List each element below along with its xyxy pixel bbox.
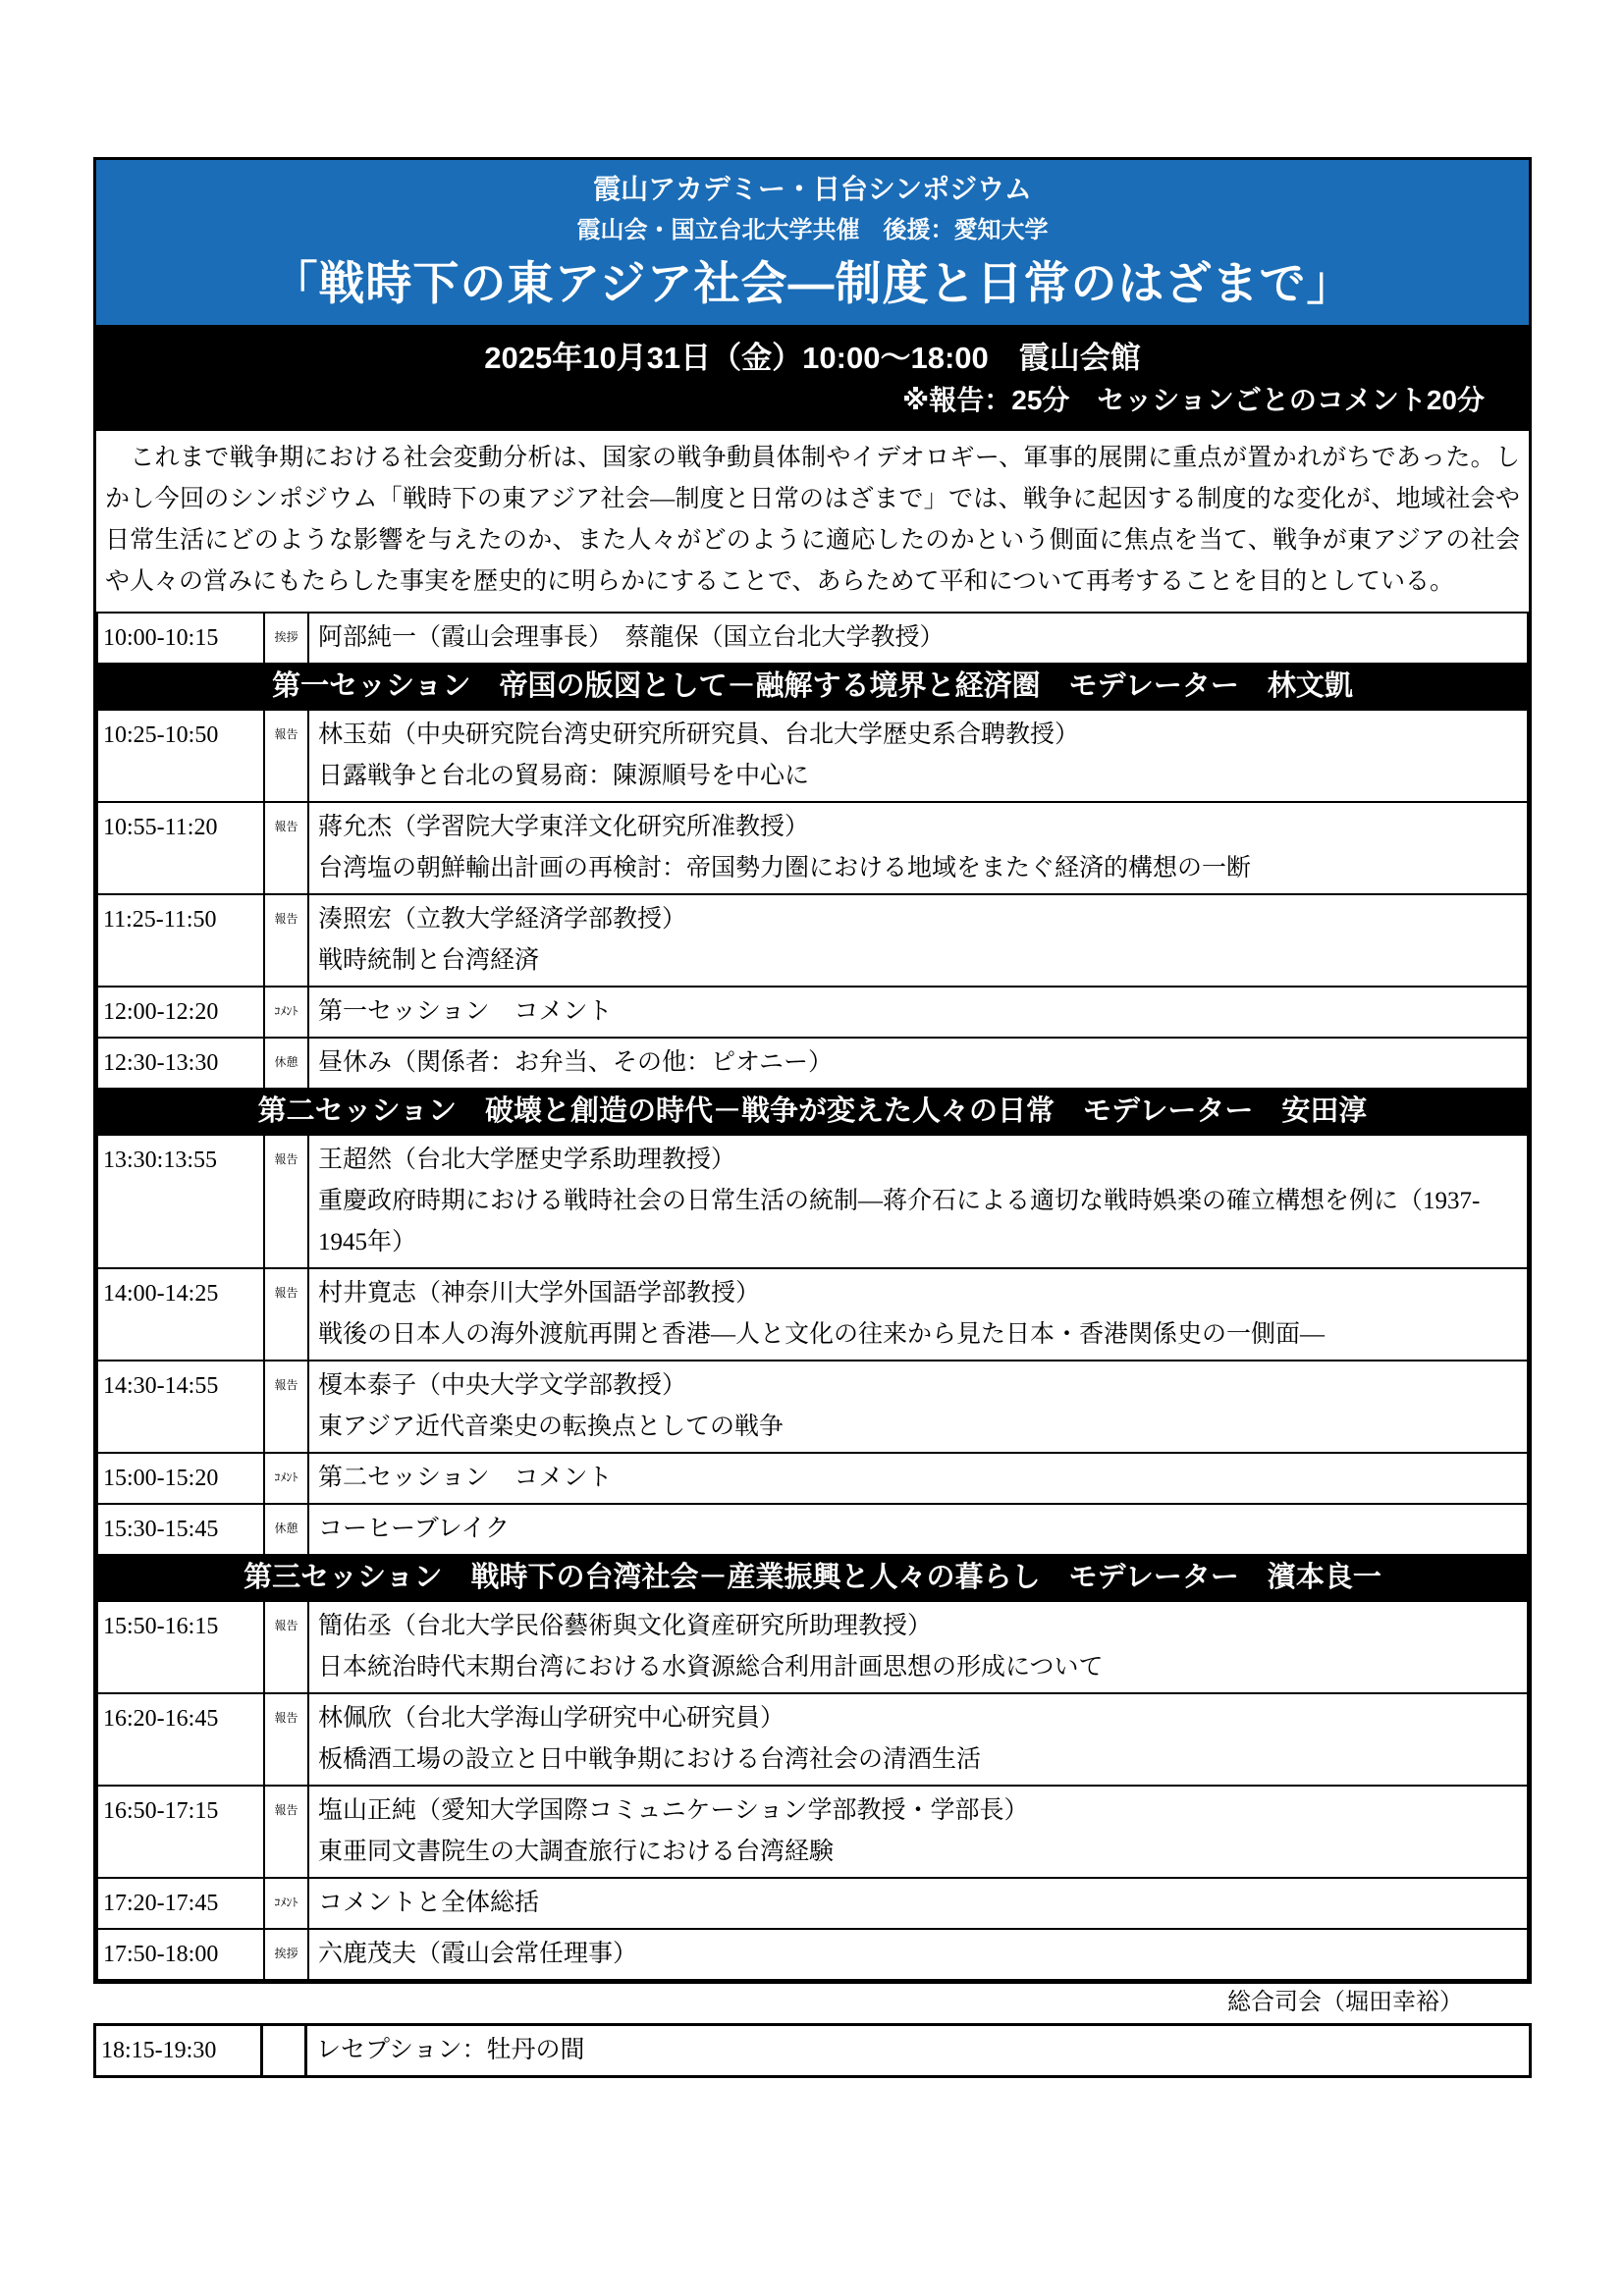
speaker-line: 林佩欣（台北大学海山学研究中心研究員） [318, 1698, 1519, 1739]
content-cell: コーヒーブレイク [308, 1504, 1528, 1555]
speaker-line: 湊照宏（立教大学経済学部教授） [318, 899, 1519, 940]
time-cell: 12:30-13:30 [97, 1038, 264, 1089]
role-cell: ｺﾒﾝﾄ [264, 987, 308, 1038]
break-line: コーヒーブレイク [318, 1509, 1519, 1550]
role-cell: ｺﾒﾝﾄ [264, 1878, 308, 1929]
speaker-line: 簡佑丞（台北大学民俗藝術與文化資産研究所助理教授） [318, 1606, 1519, 1647]
content-cell: 王超然（台北大学歴史学系助理教授） 重慶政府時期における戦時社会の日常生活の統制… [308, 1135, 1528, 1268]
paper-title-line: 日本統治時代末期台湾における水資源総合利用計画思想の形成について [318, 1647, 1519, 1688]
schedule-table: 10:00-10:15 挨拶 阿部純一（霞山会理事長） 蔡龍保（国立台北大学教授… [96, 612, 1529, 1981]
paper-title-line2: 1945年） [318, 1222, 1519, 1263]
table-row: 14:30-14:55 報告 榎本泰子（中央大学文学部教授） 東アジア近代音楽史… [97, 1361, 1528, 1453]
session-header-row: 第二セッション 破壊と創造の時代－戦争が変えた人々の日常 モデレーター 安田淳 [97, 1089, 1528, 1135]
time-cell: 10:00-10:15 [97, 613, 264, 664]
content-cell: 林佩欣（台北大学海山学研究中心研究員） 板橋酒工場の設立と日中戦争期における台湾… [308, 1693, 1528, 1786]
content-cell: 蔣允杰（学習院大学東洋文化研究所准教授） 台湾塩の朝鮮輸出計画の再検討：帝国勢力… [308, 802, 1528, 894]
session-header-row: 第一セッション 帝国の版図として－融解する境界と経済圏 モデレーター 林文凱 [97, 664, 1528, 710]
speaker-line: 蔣允杰（学習院大学東洋文化研究所准教授） [318, 807, 1519, 848]
content-cell: 昼休み（関係者：お弁当、その他：ピオニー） [308, 1038, 1528, 1089]
session-header-row: 第三セッション 戦時下の台湾社会－産業振興と人々の暮らし モデレーター 濱本良一 [97, 1555, 1528, 1601]
paper-title-line: 日露戦争と台北の貿易商：陳源順号を中心に [318, 756, 1519, 797]
time-cell: 10:55-11:20 [97, 802, 264, 894]
content-cell: 湊照宏（立教大学経済学部教授） 戦時統制と台湾経済 [308, 894, 1528, 987]
comment-line: コメントと全体総括 [318, 1883, 1519, 1924]
table-row: 13:30:13:55 報告 王超然（台北大学歴史学系助理教授） 重慶政府時期に… [97, 1135, 1528, 1268]
time-cell: 16:50-17:15 [97, 1786, 264, 1878]
table-row: 10:00-10:15 挨拶 阿部純一（霞山会理事長） 蔡龍保（国立台北大学教授… [97, 613, 1528, 664]
blue-header: 霞山アカデミー・日台シンポジウム 霞山会・国立台北大学共催 後援：愛知大学 「戦… [96, 160, 1529, 325]
page-title: 「戦時下の東アジア社会―制度と日常のはざまで」 [96, 254, 1529, 313]
datetime-venue: 2025年10月31日（金）10:00～18:00 霞山会館 [96, 337, 1529, 380]
time-cell: 13:30:13:55 [97, 1135, 264, 1268]
table-row: 10:25-10:50 報告 林玉茹（中央研究院台湾史研究所研究員、台北大学歴史… [97, 710, 1528, 802]
role-cell: 報告 [264, 1135, 308, 1268]
content-cell: 簡佑丞（台北大学民俗藝術與文化資産研究所助理教授） 日本統治時代末期台湾における… [308, 1601, 1528, 1693]
time-cell: 11:25-11:50 [97, 894, 264, 987]
role-cell: 報告 [264, 1361, 308, 1453]
session-label: 第一セッション 帝国の版図として－融解する境界と経済圏 モデレーター 林文凱 [97, 664, 1528, 710]
content-cell: レセプション：牡丹の間 [306, 2025, 1531, 2077]
content-cell: 第一セッション コメント [308, 987, 1528, 1038]
content-cell: コメントと全体総括 [308, 1878, 1528, 1929]
table-row: 16:20-16:45 報告 林佩欣（台北大学海山学研究中心研究員） 板橋酒工場… [97, 1693, 1528, 1786]
time-cell: 16:20-16:45 [97, 1693, 264, 1786]
role-cell: 報告 [264, 1601, 308, 1693]
time-cell: 14:00-14:25 [97, 1268, 264, 1361]
paper-title-line: 戦時統制と台湾経済 [318, 940, 1519, 982]
time-cell: 15:30-15:45 [97, 1504, 264, 1555]
content-cell: 榎本泰子（中央大学文学部教授） 東アジア近代音楽史の転換点としての戦争 [308, 1361, 1528, 1453]
table-row: 17:20-17:45 ｺﾒﾝﾄ コメントと全体総括 [97, 1878, 1528, 1929]
content-cell: 林玉茹（中央研究院台湾史研究所研究員、台北大学歴史系合聘教授） 日露戦争と台北の… [308, 710, 1528, 802]
table-row: 16:50-17:15 報告 塩山正純（愛知大学国際コミュニケーション学部教授・… [97, 1786, 1528, 1878]
intro-paragraph: これまで戦争期における社会変動分析は、国家の戦争動員体制やイデオロギー、軍事的展… [96, 431, 1529, 612]
speaker-line: 六鹿茂夫（霞山会常任理事） [318, 1934, 1519, 1975]
role-cell [262, 2025, 306, 2077]
role-cell: 報告 [264, 894, 308, 987]
speaker-line: 村井寛志（神奈川大学外国語学部教授） [318, 1273, 1519, 1314]
reception-row: 18:15-19:30 レセプション：牡丹の間 [95, 2025, 1531, 2077]
role-cell: 休憩 [264, 1504, 308, 1555]
table-row: 11:25-11:50 報告 湊照宏（立教大学経済学部教授） 戦時統制と台湾経済 [97, 894, 1528, 987]
time-cell: 17:50-18:00 [97, 1929, 264, 1980]
symposium-series-name: 霞山アカデミー・日台シンポジウム [96, 170, 1529, 209]
time-cell: 10:25-10:50 [97, 710, 264, 802]
time-cell: 15:50-16:15 [97, 1601, 264, 1693]
role-cell: 報告 [264, 710, 308, 802]
content-cell: 第二セッション コメント [308, 1453, 1528, 1504]
paper-title-line: 東アジア近代音楽史の転換点としての戦争 [318, 1407, 1519, 1448]
speakers-line: 阿部純一（霞山会理事長） 蔡龍保（国立台北大学教授） [318, 617, 1519, 659]
speaker-line: 林玉茹（中央研究院台湾史研究所研究員、台北大学歴史系合聘教授） [318, 715, 1519, 756]
paper-title-line: 台湾塩の朝鮮輸出計画の再検討：帝国勢力圏における地域をまたぐ経済的構想の一断 [318, 848, 1519, 889]
mc-note: 総合司会（堀田幸裕） [93, 1984, 1532, 2021]
comment-line: 第一セッション コメント [318, 991, 1519, 1033]
reception-label: レセプション：牡丹の間 [316, 2030, 1521, 2071]
session-label: 第三セッション 戦時下の台湾社会－産業振興と人々の暮らし モデレーター 濱本良一 [97, 1555, 1528, 1601]
organizers-line: 霞山会・国立台北大学共催 後援：愛知大学 [96, 213, 1529, 248]
role-cell: 挨拶 [264, 613, 308, 664]
role-cell: 報告 [264, 1268, 308, 1361]
table-row: 15:00-15:20 ｺﾒﾝﾄ 第二セッション コメント [97, 1453, 1528, 1504]
role-cell: 報告 [264, 802, 308, 894]
time-cell: 18:15-19:30 [95, 2025, 262, 2077]
info-bar: 2025年10月31日（金）10:00～18:00 霞山会館 ※報告：25分 セ… [96, 325, 1529, 431]
time-cell: 17:20-17:45 [97, 1878, 264, 1929]
paper-title-line: 戦後の日本人の海外渡航再開と香港―人と文化の往来から見た日本・香港関係史の一側面… [318, 1314, 1519, 1356]
role-cell: 報告 [264, 1786, 308, 1878]
content-cell: 阿部純一（霞山会理事長） 蔡龍保（国立台北大学教授） [308, 613, 1528, 664]
paper-title-line: 板橋酒工場の設立と日中戦争期における台湾社会の清酒生活 [318, 1739, 1519, 1781]
time-cell: 15:00-15:20 [97, 1453, 264, 1504]
table-row: 10:55-11:20 報告 蔣允杰（学習院大学東洋文化研究所准教授） 台湾塩の… [97, 802, 1528, 894]
content-cell: 塩山正純（愛知大学国際コミュニケーション学部教授・学部長） 東亜同文書院生の大調… [308, 1786, 1528, 1878]
comment-line: 第二セッション コメント [318, 1458, 1519, 1499]
program-page: 霞山アカデミー・日台シンポジウム 霞山会・国立台北大学共催 後援：愛知大学 「戦… [0, 0, 1624, 2296]
session-label: 第二セッション 破壊と創造の時代－戦争が変えた人々の日常 モデレーター 安田淳 [97, 1089, 1528, 1135]
speaker-line: 榎本泰子（中央大学文学部教授） [318, 1365, 1519, 1407]
time-cell: 14:30-14:55 [97, 1361, 264, 1453]
role-cell: ｺﾒﾝﾄ [264, 1453, 308, 1504]
role-cell: 休憩 [264, 1038, 308, 1089]
format-note: ※報告：25分 セッションごとのコメント20分 [96, 380, 1529, 421]
table-row: 17:50-18:00 挨拶 六鹿茂夫（霞山会常任理事） [97, 1929, 1528, 1980]
table-row: 14:00-14:25 報告 村井寛志（神奈川大学外国語学部教授） 戦後の日本人… [97, 1268, 1528, 1361]
role-cell: 報告 [264, 1693, 308, 1786]
table-row: 12:30-13:30 休憩 昼休み（関係者：お弁当、その他：ピオニー） [97, 1038, 1528, 1089]
role-cell: 挨拶 [264, 1929, 308, 1980]
speaker-line: 塩山正純（愛知大学国際コミュニケーション学部教授・学部長） [318, 1790, 1519, 1832]
content-cell: 村井寛志（神奈川大学外国語学部教授） 戦後の日本人の海外渡航再開と香港―人と文化… [308, 1268, 1528, 1361]
program-document: 霞山アカデミー・日台シンポジウム 霞山会・国立台北大学共催 後援：愛知大学 「戦… [93, 157, 1532, 1984]
break-line: 昼休み（関係者：お弁当、その他：ピオニー） [318, 1042, 1519, 1084]
paper-title-line: 東亜同文書院生の大調査旅行における台湾経験 [318, 1832, 1519, 1873]
speaker-line: 王超然（台北大学歴史学系助理教授） [318, 1140, 1519, 1181]
content-cell: 六鹿茂夫（霞山会常任理事） [308, 1929, 1528, 1980]
reception-table: 18:15-19:30 レセプション：牡丹の間 [93, 2023, 1532, 2078]
table-row: 15:50-16:15 報告 簡佑丞（台北大学民俗藝術與文化資産研究所助理教授）… [97, 1601, 1528, 1693]
table-row: 15:30-15:45 休憩 コーヒーブレイク [97, 1504, 1528, 1555]
paper-title-line: 重慶政府時期における戦時社会の日常生活の統制―蒋介石による適切な戦時娯楽の確立構… [318, 1181, 1519, 1222]
time-cell: 12:00-12:20 [97, 987, 264, 1038]
table-row: 12:00-12:20 ｺﾒﾝﾄ 第一セッション コメント [97, 987, 1528, 1038]
